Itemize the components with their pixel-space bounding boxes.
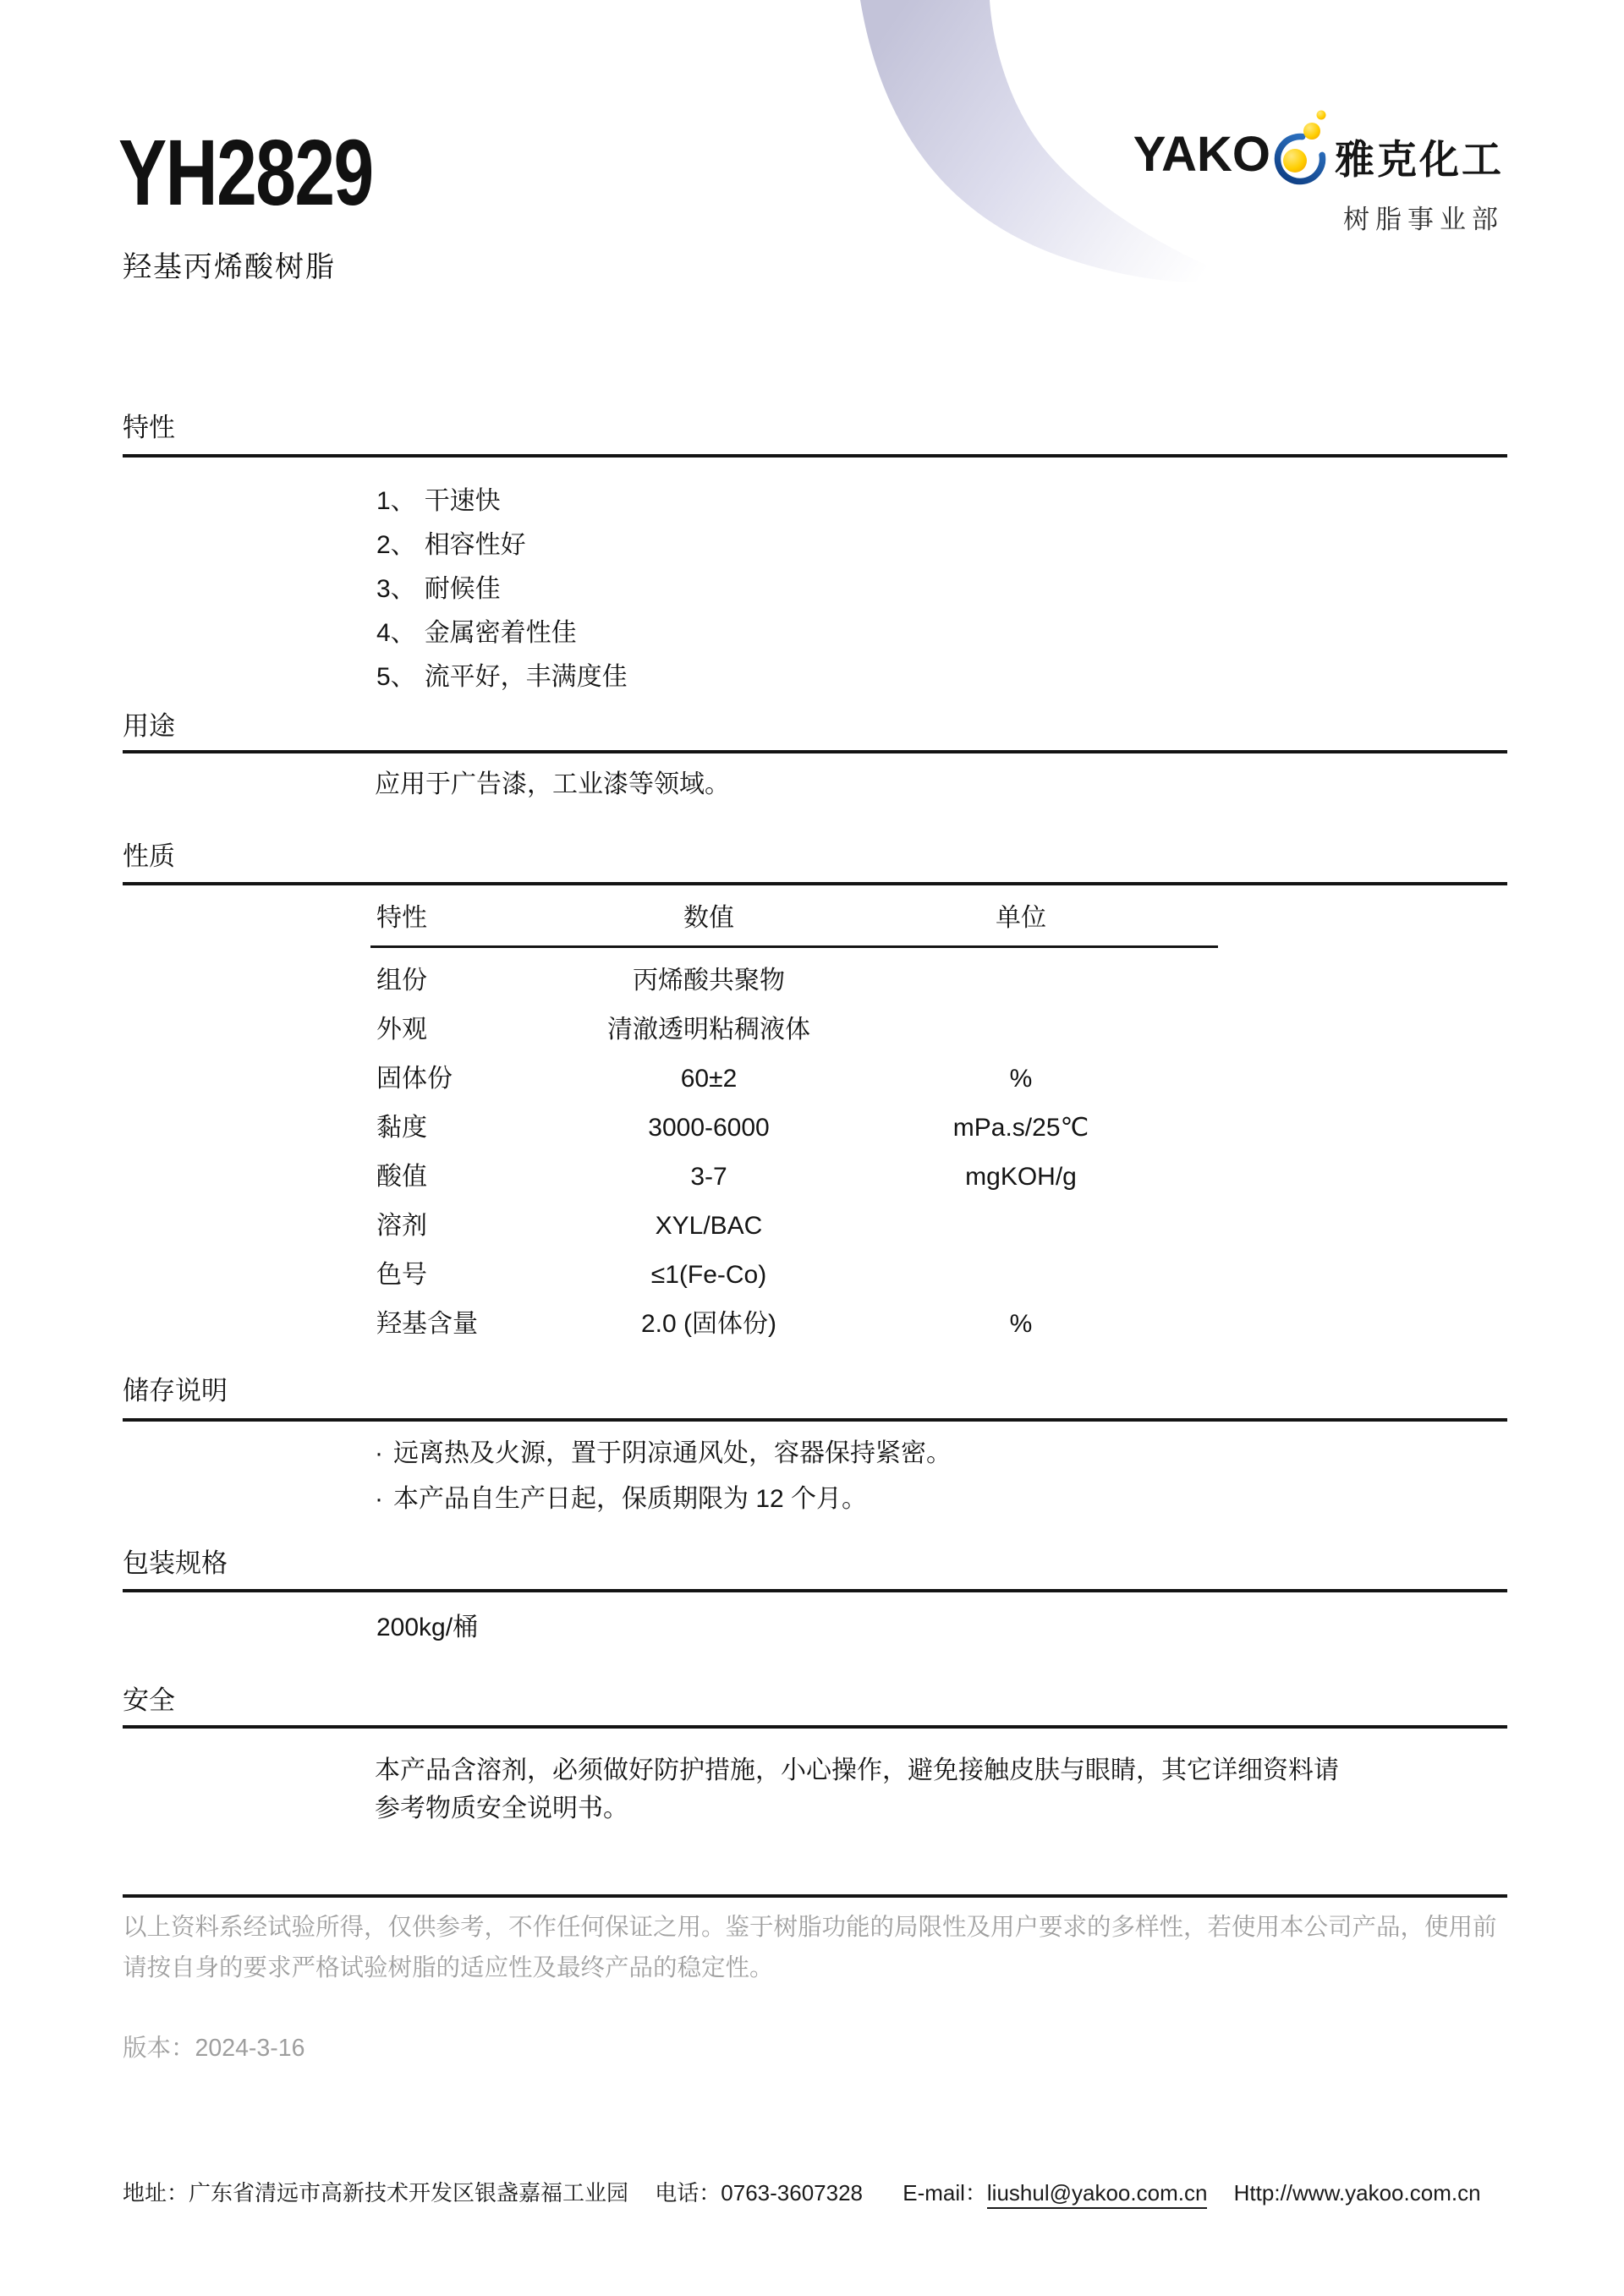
storage-item: · 远离热及火源，置于阴凉通风处，容器保持紧密。	[375, 1441, 952, 1466]
brand-logo-row: YAKO 雅克化工	[1133, 105, 1504, 179]
phone-label: 电话：	[655, 2180, 721, 2206]
table-row-value: 3-7	[540, 1164, 878, 1190]
orbit-atom-icon	[1274, 105, 1330, 193]
packaging-text: 200kg/桶	[376, 1615, 478, 1641]
section-rule	[123, 750, 1507, 753]
feature-number: 5、	[376, 655, 416, 693]
table-row-value: XYL/BAC	[540, 1214, 878, 1239]
email-label: E-mail：	[903, 2180, 987, 2206]
phone-value: 0763-3607328	[721, 2180, 863, 2206]
contact-address: 地址：广东省清远市高新技术开发区银盏嘉福工业园	[123, 2179, 628, 2207]
section-title-storage: 储存说明	[123, 1378, 228, 1404]
table-row-name: 色号	[376, 1263, 427, 1288]
feature-item: 4、 金属密着性佳	[376, 608, 628, 652]
table-row-unit: %	[852, 1312, 1190, 1337]
datasheet-page: YH2829 羟基丙烯酸树脂 YAKO	[0, 0, 1624, 2296]
section-title-features: 特性	[123, 414, 175, 441]
product-name-subtitle: 羟基丙烯酸树脂	[123, 250, 336, 285]
table-row-value: 3000-6000	[540, 1115, 878, 1141]
table-row-value: 2.0 (固体份)	[540, 1312, 878, 1337]
feature-text: 干速快	[425, 479, 501, 517]
features-list: 1、 干速快 2、 相容性好 3、 耐候佳 4、 金属密着性佳 5、 流平好，丰…	[376, 476, 628, 696]
table-row-value: 60±2	[540, 1066, 878, 1092]
table-row-unit: mPa.s/25℃	[852, 1115, 1190, 1141]
table-row-value: ≤1(Fe-Co)	[540, 1263, 878, 1288]
section-title-safety: 安全	[123, 1687, 175, 1713]
table-row-name: 羟基含量	[376, 1312, 478, 1337]
table-row-name: 酸值	[376, 1164, 427, 1190]
address-value: 广东省清远市高新技术开发区银盏嘉福工业园	[189, 2180, 628, 2206]
table-row-name: 溶剂	[376, 1214, 427, 1239]
address-label: 地址：	[123, 2180, 189, 2206]
table-header-unit: 单位	[852, 906, 1190, 931]
version-line: 版本：2024-3-16	[123, 2036, 304, 2061]
footer-rule	[123, 1894, 1507, 1898]
table-row-name: 黏度	[376, 1115, 427, 1141]
feature-number: 4、	[376, 611, 416, 649]
company-name: 雅克化工	[1335, 140, 1504, 179]
section-rule	[123, 882, 1507, 885]
section-title-properties: 性质	[123, 843, 175, 869]
feature-text: 耐候佳	[425, 567, 501, 605]
bullet-dot-icon: ·	[375, 1487, 383, 1512]
section-rule	[123, 454, 1507, 458]
bullet-dot-icon: ·	[375, 1441, 383, 1466]
table-header-value: 数值	[540, 906, 878, 931]
email-link[interactable]: liushul@yakoo.com.cn	[987, 2180, 1208, 2209]
product-code-title: YH2829	[118, 127, 373, 220]
table-header-name: 特性	[376, 906, 427, 931]
contact-line: 地址：广东省清远市高新技术开发区银盏嘉福工业园 电话：0763-3607328 …	[123, 2179, 1481, 2207]
table-row-name: 外观	[376, 1017, 427, 1043]
table-row-name: 组份	[376, 968, 427, 994]
table-header-rule	[370, 945, 1218, 948]
feature-item: 2、 相容性好	[376, 520, 628, 564]
feature-item: 5、 流平好，丰满度佳	[376, 652, 628, 696]
yako-logotype: YAKO	[1133, 130, 1270, 179]
usage-text: 应用于广告漆，工业漆等领域。	[375, 772, 730, 797]
table-row-unit: %	[852, 1066, 1190, 1092]
table-row-value: 清澈透明粘稠液体	[540, 1017, 878, 1043]
storage-item: · 本产品自生产日起，保质期限为 12 个月。	[375, 1487, 867, 1512]
section-title-usage: 用途	[123, 713, 175, 739]
version-label: 版本：	[123, 2035, 195, 2062]
disclaimer-text: 以上资料系经试验所得，仅供参考，不作任何保证之用。鉴于树脂功能的局限性及用户要求…	[123, 1908, 1512, 1988]
version-value: 2024-3-16	[195, 2035, 305, 2062]
section-rule	[123, 1725, 1507, 1729]
contact-website: Http://www.yakoo.com.cn	[1234, 2179, 1481, 2207]
brand-logo-block: YAKO 雅克化工	[1133, 105, 1504, 236]
contact-email: E-mail：liushul@yakoo.com.cn	[903, 2179, 1207, 2207]
storage-text: 本产品自生产日起，保质期限为 12 个月。	[393, 1487, 867, 1512]
section-rule	[123, 1589, 1507, 1592]
feature-text: 相容性好	[425, 523, 526, 561]
table-row-value: 丙烯酸共聚物	[540, 968, 878, 994]
feature-item: 1、 干速快	[376, 476, 628, 520]
contact-phone: 电话：0763-3607328	[655, 2179, 863, 2207]
feature-number: 1、	[376, 479, 416, 517]
table-row-name: 固体份	[376, 1066, 453, 1092]
feature-text: 流平好，丰满度佳	[425, 655, 628, 693]
safety-text: 本产品含溶剂，必须做好防护措施，小心操作，避免接触皮肤与眼睛，其它详细资料请参考…	[375, 1751, 1347, 1827]
feature-number: 3、	[376, 567, 416, 605]
feature-text: 金属密着性佳	[425, 611, 577, 649]
feature-item: 3、 耐候佳	[376, 564, 628, 608]
storage-text: 远离热及火源，置于阴凉通风处，容器保持紧密。	[393, 1441, 952, 1466]
feature-number: 2、	[376, 523, 416, 561]
table-row-unit: mgKOH/g	[852, 1164, 1190, 1190]
section-rule	[123, 1418, 1507, 1422]
division-name: 树脂事业部	[1343, 198, 1504, 236]
section-title-packaging: 包装规格	[123, 1550, 228, 1576]
